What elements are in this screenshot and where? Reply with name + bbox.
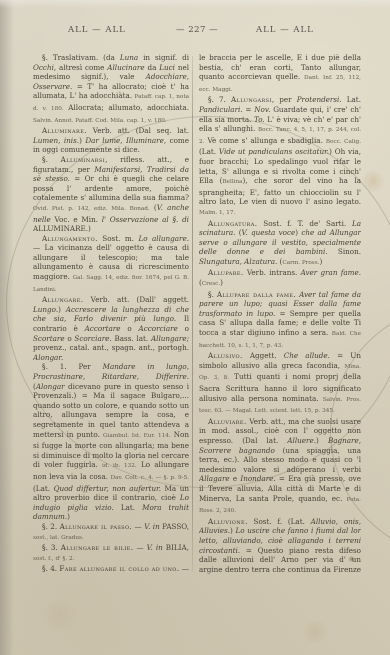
body-text: §. 7.: [208, 95, 231, 104]
body-text: §. 1. Per: [42, 362, 103, 371]
body-text: COLLO: [48, 574, 79, 575]
body-text: l' Osservazione al §. di: [102, 215, 189, 224]
body-text: —: [180, 564, 190, 573]
entry-headword: Allungare.: [42, 295, 83, 304]
body-text: ): [67, 512, 70, 521]
body-text: Quod differtur, non aufertur.: [54, 484, 161, 493]
body-text: Occhi: [33, 63, 54, 72]
page-number: — 227 —: [176, 25, 218, 35]
body-text: Aggett.: [243, 351, 284, 360]
scanned-dictionary-page: ALL — ALL — 227 — ALL — ALL §. Traslativ…: [0, 0, 390, 655]
body-text: —: [133, 543, 146, 552]
citation-text: Bocc. Calig.: [326, 139, 361, 145]
entry-headword: Alluminare.: [42, 126, 87, 135]
body-text: e: [230, 474, 241, 483]
citation-text: sost., lat. Gradus.: [33, 535, 84, 541]
column-right: le braccia per le ascelle, E i due piè d…: [199, 53, 361, 575]
dictionary-paragraph: §. Traslativam. (da Luna in signif. di O…: [33, 53, 189, 126]
body-text: Accorciare: [139, 324, 178, 333]
body-text: ): [220, 278, 223, 287]
dictionary-paragraph: Allungamento. Sost. m. Lo allungare. — L…: [33, 234, 189, 296]
body-text: ALLUMINARE.): [33, 224, 91, 233]
foxing-spot: [40, 600, 80, 630]
entry-headword: Fare allungare il collo ad uno.: [59, 564, 179, 573]
citation-text: sost. f., d' §. 2.: [33, 556, 74, 562]
body-text: Sost. f. T. de' Sarti.: [258, 219, 352, 228]
dictionary-paragraph: §. 2. Allungare il passo. — V. in PASSO,…: [33, 522, 189, 543]
entry-headword: Allungare il passo.: [60, 522, 133, 531]
dictionary-paragraph: §. Alluminarsi, rifless. att., e figurat…: [33, 155, 189, 234]
body-text: da: [145, 63, 160, 72]
entry-headword: Allupare.: [208, 268, 244, 277]
body-text: (Lat.: [33, 484, 54, 493]
citation-text: Bellina: [222, 179, 242, 185]
entry-headword: Allupare dalla fame.: [217, 290, 296, 299]
body-text: Voc. e Min.: [51, 215, 102, 224]
body-text: Lat.: [342, 95, 361, 104]
dictionary-paragraph: Alluvione. Sost. f. (Lat. Alluvio, onis,…: [199, 517, 361, 575]
dictionary-paragraph: §. 4. Fare allungare il collo ad uno. — …: [33, 564, 189, 575]
dictionary-paragraph: §. 3. Allungare le bilie. — V. in BILIA,…: [33, 543, 189, 564]
body-text: Alongar.: [33, 353, 63, 362]
body-text: Protendersi.: [297, 95, 342, 104]
body-text: §. Traslativam. (da: [42, 53, 120, 62]
body-text: Vide ut pandiculans oscitatur.: [219, 147, 329, 156]
foxing-spot: [300, 620, 330, 644]
entry-headword: Allusivo.: [208, 351, 243, 360]
body-text: in signif. di: [138, 53, 189, 62]
body-text: , altresì come: [54, 63, 107, 72]
body-text: Verb. att. (Dal seq. lat.: [87, 126, 189, 135]
body-text: Nov.: [254, 105, 270, 114]
body-text: Allagare: [199, 474, 230, 483]
body-text: Vè come s' allunga e sbadiglia.: [204, 136, 325, 145]
body-text: Allucinare: [107, 63, 144, 72]
body-text: ): [319, 257, 322, 266]
body-text: V. in: [147, 543, 163, 552]
page-top-highlight: [0, 0, 390, 8]
body-text: Sinon.: [328, 247, 361, 256]
body-text: ): [316, 436, 328, 445]
dictionary-paragraph: Allupare. Verb. intrans. Aver gran fame.…: [199, 268, 361, 289]
body-text: BILIA,: [163, 543, 189, 552]
body-text: Dar lume, Illuminare,: [85, 136, 166, 145]
body-text: Verb. intrans.: [244, 268, 301, 277]
body-text: §. 4.: [42, 564, 59, 573]
body-text: Sost. f. (Lat.: [248, 517, 311, 526]
body-text: Sost. m.: [98, 234, 139, 243]
body-text: —: [132, 522, 144, 531]
body-text: V. questa voce: [242, 228, 296, 237]
entry-headword: Allungamento.: [42, 234, 98, 243]
column-left: §. Traslativam. (da Luna in signif. di O…: [33, 53, 189, 575]
entry-headword: Alluminarsi: [61, 155, 105, 164]
dictionary-paragraph: Allusivo. Aggett. Che allude. = Un simbo…: [199, 351, 361, 417]
citation-text: Salvin. Annot. Pataff. Cod. Mila. cap. 1…: [33, 118, 167, 124]
body-text: ): [58, 305, 66, 314]
running-head-right: ALL — ALL: [256, 25, 314, 35]
body-text: Aver gran fame.: [301, 268, 361, 277]
body-text: Lo allungare.: [138, 234, 189, 243]
running-header: ALL — ALL — 227 — ALL — ALL: [0, 25, 390, 37]
body-text: Allocrata; allumato, adocchiata.: [64, 103, 189, 112]
dictionary-paragraph: Allungare. Verb. att. (Dall' aggett. Lun…: [33, 295, 189, 362]
entry-headword: Allungarsi: [231, 95, 272, 104]
dictionary-paragraph: Allungatura. Sost. f. T. de' Sarti. La s…: [199, 219, 361, 269]
body-text: Pandiculari.: [199, 105, 243, 114]
body-text: V. in: [33, 574, 48, 575]
body-text: Alongar: [36, 382, 65, 391]
body-text: Scortare: [33, 334, 65, 343]
body-text: Inondare.: [240, 474, 275, 483]
body-text: Verb. att. (Dall' aggett.: [83, 295, 189, 304]
body-text: provenz., catal. ant., spagn. ant., port…: [33, 343, 189, 352]
citation-text: Cresc.: [202, 281, 220, 287]
body-text: (: [150, 203, 157, 212]
body-text: Bass. lat.: [112, 334, 151, 343]
dictionary-paragraph: Alluminare. Verb. att. (Dal seq. lat. Lu…: [33, 126, 189, 155]
body-text: Che allude.: [284, 351, 330, 360]
body-text: o: [120, 324, 138, 333]
body-text: o: [178, 324, 189, 333]
citation-text: Giambul. Ist. Eur. 114.: [103, 433, 171, 439]
page-edge-shadow: [0, 0, 14, 655]
running-head-left: ALL — ALL: [68, 25, 126, 35]
body-text: , per: [272, 95, 297, 104]
body-text: (Lat.: [199, 147, 219, 156]
body-text: Lat.: [114, 503, 142, 512]
dictionary-paragraph: §. Allupare dalla fame. Aver tal fame da…: [199, 290, 361, 352]
body-text: Alluere.: [287, 436, 316, 445]
citation-text: Ovid. Pist. p. 142, ediz. Mila. Bonad.: [33, 206, 150, 212]
foxing-spot: [360, 170, 386, 192]
body-text: Lumen, inis.: [33, 136, 79, 145]
body-text: Lungo.: [33, 305, 58, 314]
body-text: §. 2.: [42, 522, 60, 531]
body-text: PASSO,: [160, 522, 189, 531]
citation-text: id. ib. 132.: [102, 463, 137, 469]
dictionary-paragraph: §. 1. Per Mandare in lungo, Procrastinar…: [33, 362, 189, 522]
column-divider: [192, 56, 193, 572]
body-text: To.: [254, 115, 265, 124]
body-text: V. in: [144, 522, 160, 531]
body-text: §.: [208, 290, 217, 299]
body-text: Slungatura, Alzatura.: [199, 257, 277, 266]
citation-text: Dav. Colt. c. 4. — §. p. 9-5.: [111, 475, 189, 481]
body-text: Luna: [120, 53, 138, 62]
entry-headword: Alluvione.: [208, 517, 248, 526]
entry-headword: Allungare le bilie.: [61, 543, 134, 552]
body-text: §.: [42, 155, 61, 164]
entry-headword: Allungatura.: [208, 219, 258, 228]
dictionary-paragraph: le braccia per le ascelle, E i due piè d…: [199, 53, 361, 95]
body-text: Scorciare.: [74, 334, 111, 343]
body-text: Luci: [159, 63, 175, 72]
body-text: Allungare;: [151, 334, 189, 343]
citation-text: Malm. 1, 17.: [199, 210, 235, 216]
body-text: §. 3.: [42, 543, 61, 552]
citation-text: Carm. Pross.: [282, 260, 319, 266]
body-text: o: [65, 334, 75, 343]
body-text: =: [243, 105, 255, 114]
dictionary-paragraph: Alluviare. Verb. att., ma che suolsi usa…: [199, 417, 361, 517]
entry-headword: Alluviare.: [208, 417, 247, 426]
dictionary-paragraph: §. 7. Allungarsi, per Protendersi. Lat. …: [199, 95, 361, 218]
body-text: Accortare: [85, 324, 121, 333]
